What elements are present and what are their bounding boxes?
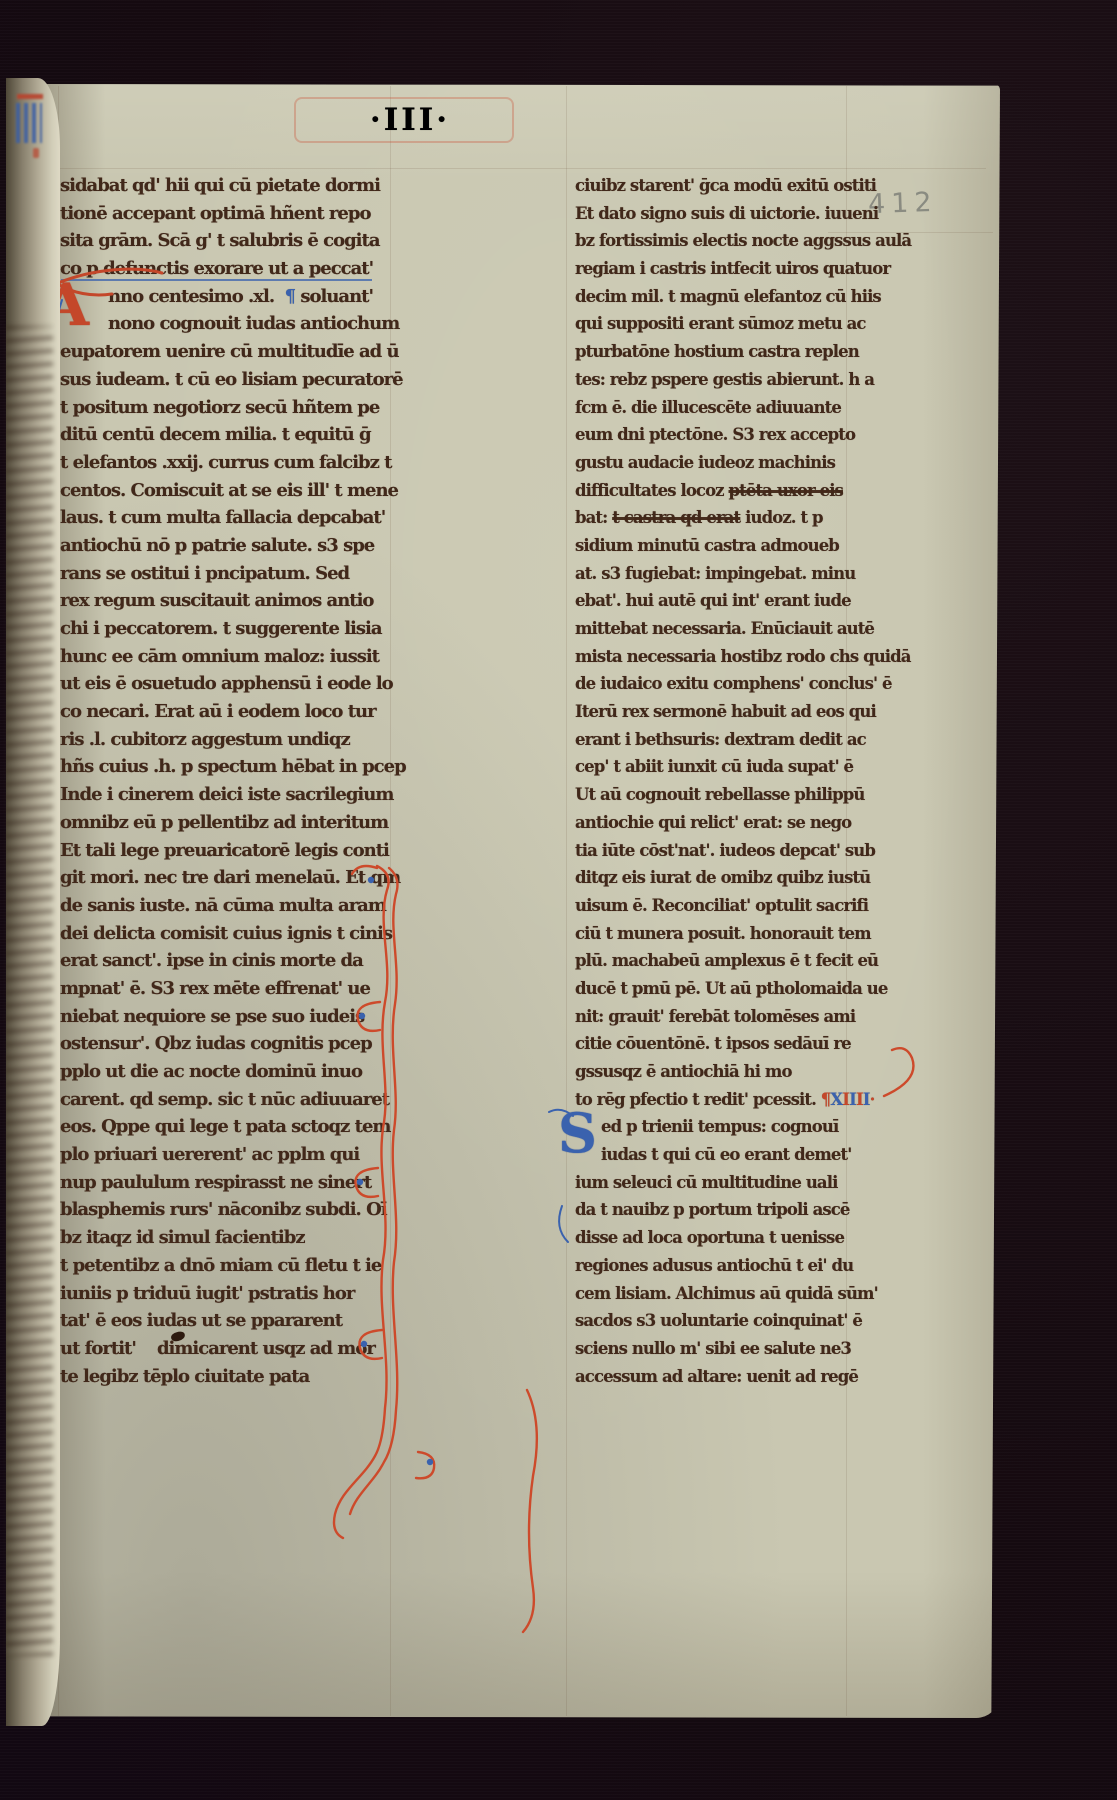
text-line: mpnat' ē. S3 rex mēte effrenat' ue	[60, 975, 392, 1003]
chapter-14-initial: S	[558, 1106, 597, 1160]
text-line: cem lisiam. Alchimus aū quidā sūm'	[575, 1280, 853, 1308]
text-line: dei delicta comisit cuius ignis t cinis	[60, 920, 392, 948]
text-segment: bat:	[575, 508, 612, 527]
title-letter: ·	[436, 102, 450, 138]
text-line: nono cognouit iudas antiochum	[60, 310, 392, 338]
text-line: sidabat qd' hii qui cū pietate dormi	[60, 172, 392, 200]
text-line: regiam i castris intfecit uiros quatuor	[575, 255, 853, 283]
text-segment: nno centesimo .xl.	[108, 286, 285, 307]
rubric-blue-segment: ¶	[285, 286, 295, 307]
text-line: rans se ostitui i pncipatum. Sed	[60, 560, 392, 588]
folio-number: 412	[867, 187, 938, 220]
text-line: ris .l. cubitorz aggestum undiqz	[60, 726, 392, 754]
text-line: ciuibz starent' ḡca modū exitū ostiti	[575, 172, 853, 200]
manuscript-photo: ·III· 412 sidabat qd' hii qui cū pietate…	[0, 0, 1117, 1800]
rubric-red-segment: ·	[870, 1090, 875, 1109]
text-line: citie cōuentōnē. t ipsos sedāuī re	[575, 1030, 853, 1058]
text-line: sus iudeam. t cū eo lisiam pecuratorē	[60, 366, 392, 394]
text-line: Ut aū cognouit rebellasse philippū	[575, 781, 853, 809]
text-line: erat sanct'. ipse in cinis morte da	[60, 947, 392, 975]
text-line: tionē accepant optimā hñent repo	[60, 200, 392, 228]
text-line: omnibz eū p pellentibz ad interitum	[60, 809, 392, 837]
text-line: carent. qd semp. sic t nūc adiuuaret	[60, 1086, 392, 1114]
text-line: iudas t qui cū eo erant demet'	[575, 1141, 853, 1169]
text-line: bz fortissimis electis nocte aggssus aul…	[575, 227, 853, 255]
text-line: sacdos s3 uoluntarie coinquinat' ē	[575, 1307, 853, 1335]
blue-letter-fragment	[16, 103, 42, 143]
text-line: t positum negotiorz secū hñtem pe	[60, 394, 392, 422]
text-line: ed p trienii tempus: cognouī	[575, 1113, 853, 1141]
text-line: antiochie qui relict' erat: se nego	[575, 809, 853, 837]
text-line: git mori. nec tre dari menelaū. Et qm	[60, 864, 392, 892]
text-line: antiochū nō p patrie salute. s3 spe	[60, 532, 392, 560]
text-line: difficultates locoz ptēta uxor eis	[575, 477, 853, 505]
text-line: tat' ē eos iudas ut se ppararent	[60, 1307, 392, 1335]
text-line: ut eis ē osuetudo apphensū i eode lo	[60, 670, 392, 698]
text-line: laus. t cum multa fallacia depcabat'	[60, 504, 392, 532]
text-line: mittebat necessaria. Enūciauit autē	[575, 615, 853, 643]
text-line: gssusqz ē antiochiā hi mo	[575, 1058, 853, 1086]
text-line: te legibz tēplo ciuitate pata	[60, 1363, 392, 1391]
text-line: ditqz eis iurat de omibz quibz iustū	[575, 864, 853, 892]
text-segment: to rēg pfectio t redit' pcessit.	[575, 1090, 821, 1109]
red-dot-fragment	[33, 148, 39, 158]
text-line: Iterū rex sermonē habuit ad eos qui	[575, 698, 853, 726]
text-line: ditū centū decem milia. t equitū ḡ	[60, 421, 392, 449]
text-line: to rēg pfectio t redit' pcessit. ¶XIIII·	[575, 1086, 853, 1114]
text-line: regiones adusus antiochū t ei' du	[575, 1252, 853, 1280]
text-line: da t nauibz p portum tripoli ascē	[575, 1196, 853, 1224]
text-line: ostensur'. Qbz iudas cognitis pcep	[60, 1030, 392, 1058]
rubric-red-segment: I	[856, 1090, 863, 1109]
facing-page-running-title-fragment	[15, 92, 45, 178]
facing-page-edge	[6, 78, 60, 1726]
text-line: iuniis p triduū iugit' pstratis hor	[60, 1280, 392, 1308]
text-line: chi i peccatorem. t suggerente lisia	[60, 615, 392, 643]
text-segment: iudoz. t p	[740, 508, 822, 527]
text-line: sciens nullo m' sibi ee salute ne3	[575, 1335, 853, 1363]
text-line: bat: t castra qd erat iudoz. t p	[575, 504, 853, 532]
text-line: qui suppositi erant sūmoz metu ac	[575, 310, 853, 338]
text-line: blasphemis rurs' nāconibz subdi. Oī	[60, 1196, 392, 1224]
text-line: eum dni ptectōne. S3 rex accepto	[575, 421, 853, 449]
text-line: mista necessaria hostibz rodo chs quidā	[575, 643, 853, 671]
text-line: eos. Qppe qui lege t pata sctoqz tem	[60, 1113, 392, 1141]
text-line: fcm ē. die illucescēte adiuuante	[575, 394, 853, 422]
rubric-blue-segment: X	[830, 1090, 842, 1109]
text-line: nit: grauit' ferebāt tolomēses ami	[575, 1003, 853, 1031]
text-line: uisum ē. Reconciliat' optulit sacrifi	[575, 892, 853, 920]
text-line: co necari. Erat aū i eodem loco tur	[60, 698, 392, 726]
text-line: ducē t pmū pē. Ut aū ptholomaida ue	[575, 975, 853, 1003]
text-line: ut fortit' dimicarent usqz ad mor	[60, 1335, 392, 1363]
text-line: Inde i cinerem deici iste sacrilegium	[60, 781, 392, 809]
text-line: niebat nequiore se pse suo iudeis	[60, 1003, 392, 1031]
text-line: hñs cuius .h. p spectum hēbat in pcep	[60, 753, 392, 781]
text-line: sita grām. Scā g' t salubris ē cogita	[60, 227, 392, 255]
ruling-line	[566, 86, 567, 1716]
text-line: decim mil. t magnū elefantoz cū hiis	[575, 283, 853, 311]
text-line: nup paululum respirasst ne sinert	[60, 1169, 392, 1197]
rubric-strike-segment: t castra qd erat	[612, 508, 740, 527]
text-line: pturbatōne hostium castra replen	[575, 338, 853, 366]
blurred-text-lines	[6, 326, 53, 1656]
text-line: co p defunctis exorare ut a peccat'	[60, 255, 392, 283]
title-letter: ·	[370, 102, 384, 138]
text-line: ium seleuci cū multitudine uali	[575, 1169, 853, 1197]
text-line: accessum ad altare: uenit ad regē	[575, 1363, 853, 1391]
text-line: disse ad loca oportuna t uenisse	[575, 1224, 853, 1252]
text-line: cep' t abiit iunxit cū iuda supat' ē	[575, 753, 853, 781]
title-letter: I	[384, 102, 402, 138]
text-line: bz itaqz id simul facientibz	[60, 1224, 392, 1252]
ruling-line	[56, 168, 986, 169]
text-line: nno centesimo .xl. ¶ soluant'	[60, 283, 392, 311]
text-line: gustu audacie iudeoz machinis	[575, 449, 853, 477]
text-segment: difficultates locoz	[575, 481, 729, 500]
text-line: plū. machabeū amplexus ē t fecit eū	[575, 947, 853, 975]
text-line: de iudaico exitu comphens' conclus' ē	[575, 670, 853, 698]
title-letter: I	[401, 102, 419, 138]
text-line: plo priuari uererent' ac pplm qui	[60, 1141, 392, 1169]
text-line: at. s3 fugiebat: impingebat. minu	[575, 560, 853, 588]
text-line: t elefantos .xxij. currus cum falcibz t	[60, 449, 392, 477]
text-line: hunc ee cām omnium maloz: iussit	[60, 643, 392, 671]
text-segment: soluant'	[295, 286, 373, 307]
text-line: pplo ut die ac nocte dominū inuo	[60, 1058, 392, 1086]
text-line: t petentibz a dnō miam cū fletu t ie	[60, 1252, 392, 1280]
rubric-blue-segment: I	[863, 1090, 870, 1109]
title-letter: I	[419, 102, 437, 138]
text-line: eupatorem uenire cū multitudīe ad ū	[60, 338, 392, 366]
rubric-blue-segment: I	[849, 1090, 856, 1109]
rubric-ub-segment: co p defunctis exorare ut a peccat'	[60, 258, 373, 279]
running-title: ·III·	[330, 100, 490, 140]
text-line: Et dato signo suis di uictorie. iuueni	[575, 200, 853, 228]
text-line: ciū t munera posuit. honorauit tem	[575, 920, 853, 948]
text-line: Et tali lege preuaricatorē legis conti	[60, 837, 392, 865]
text-line: de sanis iuste. nā cūma multa aram	[60, 892, 392, 920]
rubric-red-segment: ¶	[821, 1090, 831, 1109]
text-line: sidium minutū castra admoueb	[575, 532, 853, 560]
text-line: tia iūte cōst'nat'. iudeos depcat' sub	[575, 837, 853, 865]
text-line: rex regum suscitauit animos antio	[60, 587, 392, 615]
text-line: erant i bethsuris: dextram dedit ac	[575, 726, 853, 754]
text-line: ebat'. hui autē qui int' erant iude	[575, 587, 853, 615]
rubric-strike-segment: ptēta uxor eis	[729, 481, 843, 500]
text-line: centos. Comiscuit at se eis ill' t mene	[60, 477, 392, 505]
red-bar-fragment	[17, 94, 43, 99]
text-column-right: ciuibz starent' ḡca modū exitū ostitiEt …	[575, 172, 853, 1390]
text-column-left: sidabat qd' hii qui cū pietate dormition…	[60, 172, 392, 1390]
text-line: tes: rebz pspere gestis abierunt. h a	[575, 366, 853, 394]
